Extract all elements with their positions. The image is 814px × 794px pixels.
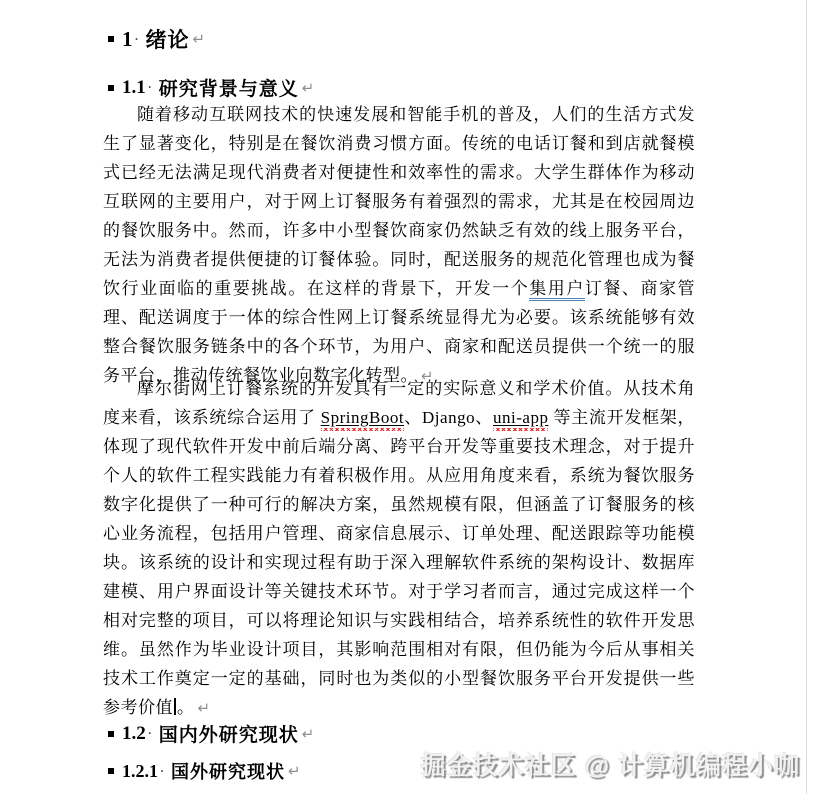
grammar-check-underlined-text: 集用户 — [529, 279, 585, 301]
heading-1[interactable]: 1 · 绪论 ↵ — [108, 24, 205, 54]
heading-number: 1 — [122, 27, 133, 52]
space-mark: · — [160, 764, 164, 779]
body-paragraph-1[interactable]: 随着移动互联网技术的快速发展和智能手机的普及，人们的生活方式发生了显著变化，特别… — [103, 100, 695, 391]
text-cursor — [174, 698, 176, 715]
heading-1-1[interactable]: 1.1 · 研究背景与意义 ↵ — [108, 74, 314, 101]
heading-label: 绪论 — [146, 24, 190, 54]
word-document-page: 1 · 绪论 ↵ 1.1 · 研究背景与意义 ↵ 随着移动互联网技术的快速发展和… — [0, 0, 814, 794]
heading-number: 1.2 — [122, 723, 146, 745]
text-run: 。 — [177, 698, 195, 717]
page-right-edge — [806, 0, 807, 794]
text-run: 、 — [404, 408, 422, 427]
watermark: 掘金技术社区 @ 计算机编程小咖 — [421, 746, 800, 782]
spell-check-underlined-text: uni-app — [493, 408, 548, 427]
heading-number: 1.1 — [122, 77, 146, 99]
outline-square-icon — [108, 36, 114, 42]
spell-check-underlined-text: SpringBoot — [321, 408, 404, 427]
text-run: Django — [422, 408, 475, 427]
heading-1-2[interactable]: 1.2 · 国内外研究现状 ↵ — [108, 720, 314, 747]
outline-square-icon — [108, 731, 114, 737]
space-mark: · — [135, 32, 139, 47]
paragraph-mark: ↵ — [198, 699, 211, 717]
space-mark: · — [148, 726, 152, 741]
paragraph-mark: ↵ — [302, 79, 315, 97]
outline-square-icon — [108, 768, 114, 774]
paragraph-mark: ↵ — [288, 762, 301, 780]
paragraph-text: 随着移动互联网技术的快速发展和智能手机的普及，人们的生活方式发生了显著变化，特别… — [103, 105, 695, 385]
paragraph-mark: ↵ — [302, 725, 315, 743]
body-paragraph-2[interactable]: 摩尔街网上订餐系统的开发具有一定的实际意义和学术价值。从技术角度来看，该系统综合… — [103, 374, 695, 723]
text-run: 等主流开发框架，体现了现代软件开发中前后端分离、跨平台开发等重要技术理念，对于提… — [103, 408, 695, 717]
text-run: 随着移动互联网技术的快速发展和智能手机的普及，人们的生活方式发生了显著变化，特别… — [103, 105, 695, 298]
heading-number: 1.2.1 — [122, 761, 158, 782]
space-mark: · — [148, 80, 152, 95]
heading-label: 研究背景与意义 — [159, 74, 299, 101]
outline-square-icon — [108, 85, 114, 91]
heading-label: 国内外研究现状 — [159, 720, 299, 747]
heading-label: 国外研究现状 — [171, 758, 285, 784]
paragraph-text: 摩尔街网上订餐系统的开发具有一定的实际意义和学术价值。从技术角度来看，该系统综合… — [103, 379, 695, 717]
heading-1-2-1[interactable]: 1.2.1 · 国外研究现状 ↵ — [108, 758, 301, 784]
paragraph-mark: ↵ — [193, 30, 206, 48]
text-run: 、 — [475, 408, 493, 427]
